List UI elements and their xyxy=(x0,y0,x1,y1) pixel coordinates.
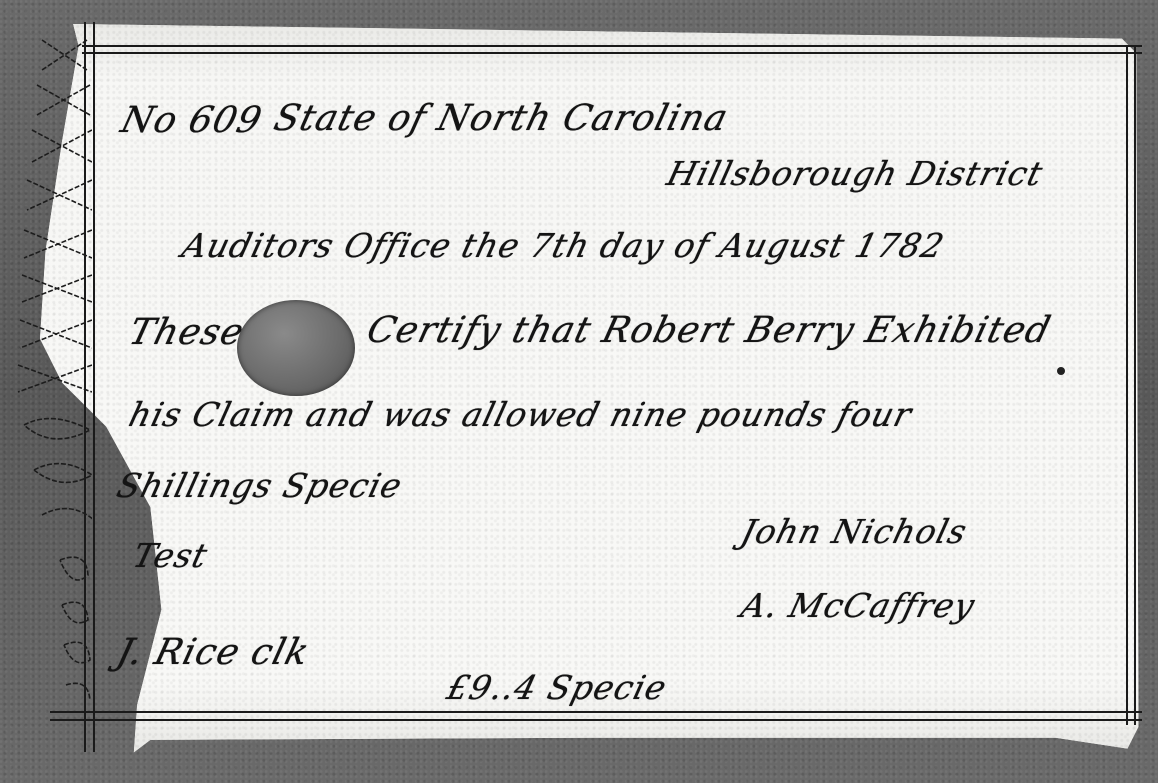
amount-line: £9..4 Specie xyxy=(443,668,671,707)
certify-line-start: These xyxy=(125,312,249,353)
claim-line: his Claim and was allowed nine pounds fo… xyxy=(125,395,916,434)
voucher-number: No 609 xyxy=(117,100,267,141)
punched-hole xyxy=(237,300,355,396)
decorative-scroll-border xyxy=(12,30,92,730)
clerk-signature: J. Rice clk xyxy=(113,632,314,673)
signature-second-auditor: A. McCaffrey xyxy=(737,586,979,625)
district-heading: Hillsborough District xyxy=(663,154,1047,193)
office-date-line: Auditors Office the 7th day of August 17… xyxy=(178,226,949,265)
state-heading: State of North Carolina xyxy=(270,98,733,139)
certify-line: Certify that Robert Berry Exhibited xyxy=(363,310,1055,351)
ink-blot xyxy=(1057,367,1065,375)
signature-john-nichols: John Nichols xyxy=(737,512,971,551)
currency-line: Shillings Specie xyxy=(113,466,406,505)
attest-label: Test xyxy=(129,536,212,575)
